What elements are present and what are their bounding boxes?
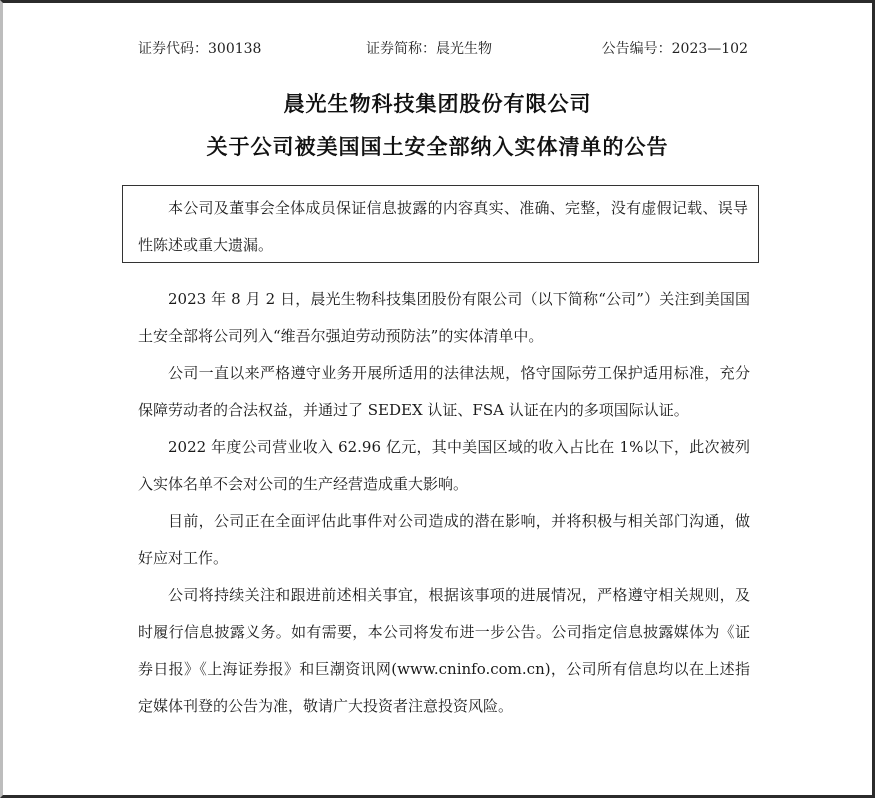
paragraph-event: 2023 年 8 月 2 日，晨光生物科技集团股份有限公司（以下简称“公司”）关…	[138, 281, 750, 355]
security-abbreviation-value: 晨光生物	[436, 41, 492, 57]
paragraph-current-actions: 目前，公司正在全面评估此事件对公司造成的潜在影响，并将积极与相关部门沟通，做好应…	[138, 503, 750, 577]
document-page: 证券代码：300138 证券简称：晨光生物 公告编号：2023—102 晨光生物…	[0, 0, 875, 798]
paragraph-disclosure: 公司将持续关注和跟进前述相关事宜，根据该事项的进展情况，严格遵守相关规则，及时履…	[138, 577, 750, 725]
announcement-number-label: 公告编号：	[602, 41, 672, 57]
announcement-number: 公告编号：2023—102	[602, 38, 748, 60]
security-code-label: 证券代码：	[138, 41, 208, 57]
paragraph-revenue-impact: 2022 年度公司营业收入 62.96 亿元，其中美国区域的收入占比在 1%以下…	[138, 429, 750, 503]
announcement-body: 2023 年 8 月 2 日，晨光生物科技集团股份有限公司（以下简称“公司”）关…	[138, 281, 750, 725]
security-abbreviation: 证券简称：晨光生物	[366, 38, 492, 60]
security-code-value: 300138	[208, 41, 261, 57]
security-abbreviation-label: 证券简称：	[366, 41, 436, 57]
announcement-title: 关于公司被美国国土安全部纳入实体清单的公告	[0, 131, 875, 161]
company-title: 晨光生物科技集团股份有限公司	[0, 88, 875, 118]
announcement-header: 证券代码：300138 证券简称：晨光生物 公告编号：2023—102	[138, 38, 748, 60]
security-code: 证券代码：300138	[138, 38, 261, 60]
announcement-number-value: 2023—102	[672, 41, 748, 57]
disclosure-statement-box: 本公司及董事会全体成员保证信息披露的内容真实、准确、完整，没有虚假记载、误导性陈…	[122, 185, 759, 263]
paragraph-compliance: 公司一直以来严格遵守业务开展所适用的法律法规，恪守国际劳工保护适用标准，充分保障…	[138, 355, 750, 429]
